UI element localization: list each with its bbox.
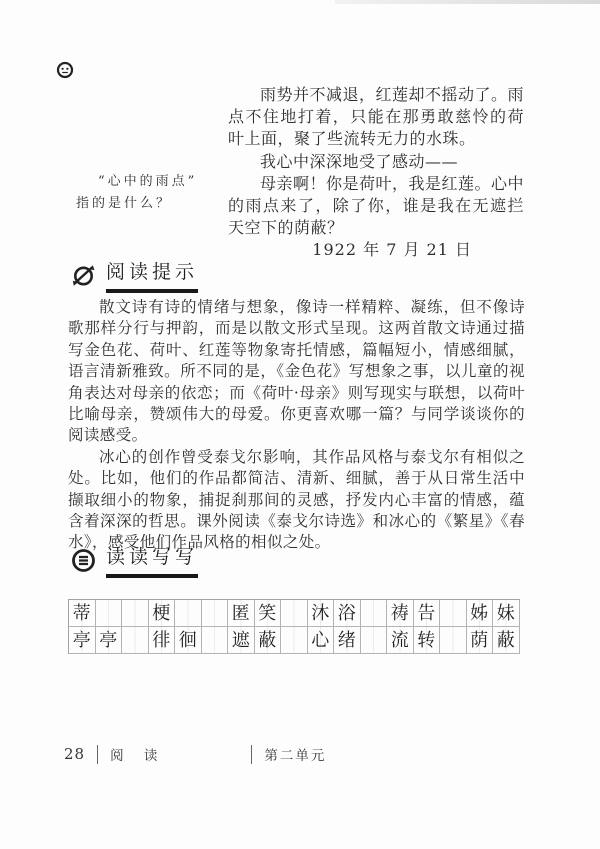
grid-cell [96,600,123,627]
grid-cell: 沐 [308,600,335,627]
grid-row: 亭亭徘徊遮蔽心绪流转荫蔽 [69,627,520,654]
grid-cell: 匿 [228,600,255,627]
grid-cell [122,600,149,627]
grid-row: 蒂梗匿笑沐浴祷告姊妹 [69,600,520,627]
grid-cell: 蔽 [493,627,520,654]
grid-cell: 浴 [334,600,361,627]
slashed-circle-arrow-icon [70,262,97,289]
grid-cell: 姊 [467,600,494,627]
grid-cell [440,600,467,627]
main-paragraph: 母亲啊！你是荷叶，我是红莲。心中的雨点来了，除了你，谁是我在无遮拦天空下的荫蔽？ [228,173,524,240]
main-text: 雨势并不减退，红莲却不摇动了。雨点不住地打着，只能在那勇敢慈怜的荷叶上面，聚了些… [228,84,524,262]
textbook-page: “心中的雨点” 指的是什么？ 雨势并不减退，红莲却不摇动了。雨点不住地打着，只能… [0,0,600,849]
grid-cell: 荫 [467,627,494,654]
grid-cell: 心 [308,627,335,654]
reading-hint-header: 阅读提示 [70,257,198,293]
footer-section-label: 阅 读 [110,744,165,764]
hint-paragraph: 散文诗有诗的情绪与想象，像诗一样精粹、凝练，但不像诗歌那样分行与押韵，而是以散文… [68,297,525,447]
reading-hint-body: 散文诗有诗的情绪与想象，像诗一样精粹、凝练，但不像诗歌那样分行与押韵，而是以散文… [68,297,525,554]
margin-note: “心中的雨点” 指的是什么？ [76,171,216,215]
margin-stamp-icon [56,61,74,79]
read-write-title: 读读写写 [106,542,198,578]
margin-note-line: “心中的雨点” [76,171,216,193]
grid-cell [122,627,149,654]
grid-cell [361,600,388,627]
grid-cell [202,627,229,654]
page-number: 28 [64,745,85,763]
grid-cell: 绪 [334,627,361,654]
margin-note-line: 指的是什么？ [76,193,216,215]
grid-cell: 祷 [387,600,414,627]
grid-cell [281,627,308,654]
grid-cell: 告 [414,600,441,627]
read-write-header: 读读写写 [70,542,198,578]
character-grid: 蒂梗匿笑沐浴祷告姊妹亭亭徘徊遮蔽心绪流转荫蔽 [68,599,520,654]
grid-cell [202,600,229,627]
date-line: 1922 年 7 月 21 日 [228,239,524,261]
hint-paragraph: 冰心的创作曾受泰戈尔影响，其作品风格与泰戈尔有相似之处。比如，他们的作品都简洁、… [68,447,525,554]
page-footer: 28 阅 读 第二单元 [64,744,326,764]
reading-hint-title: 阅读提示 [106,257,198,293]
footer-divider [251,745,252,764]
main-paragraph: 雨势并不减退，红莲却不摇动了。雨点不住地打着，只能在那勇敢慈怜的荷叶上面，聚了些… [228,84,524,151]
grid-cell: 蔽 [255,627,282,654]
grid-cell: 遮 [228,627,255,654]
grid-cell: 转 [414,627,441,654]
grid-cell: 亭 [96,627,123,654]
scan-edge-shadow [335,0,600,4]
grid-cell: 徊 [175,627,202,654]
grid-cell: 妹 [493,600,520,627]
main-paragraph: 我心中深深地受了感动—— [228,151,524,173]
grid-cell: 亭 [69,627,96,654]
grid-cell [361,627,388,654]
grid-cell: 徘 [149,627,176,654]
grid-cell [175,600,202,627]
footer-unit-label: 第二单元 [264,744,326,764]
grid-cell: 蒂 [69,600,96,627]
grid-cell [281,600,308,627]
circled-list-icon [70,547,97,574]
grid-cell: 笑 [255,600,282,627]
grid-cell: 流 [387,627,414,654]
grid-cell [440,627,467,654]
grid-cell: 梗 [149,600,176,627]
footer-divider [97,745,98,764]
